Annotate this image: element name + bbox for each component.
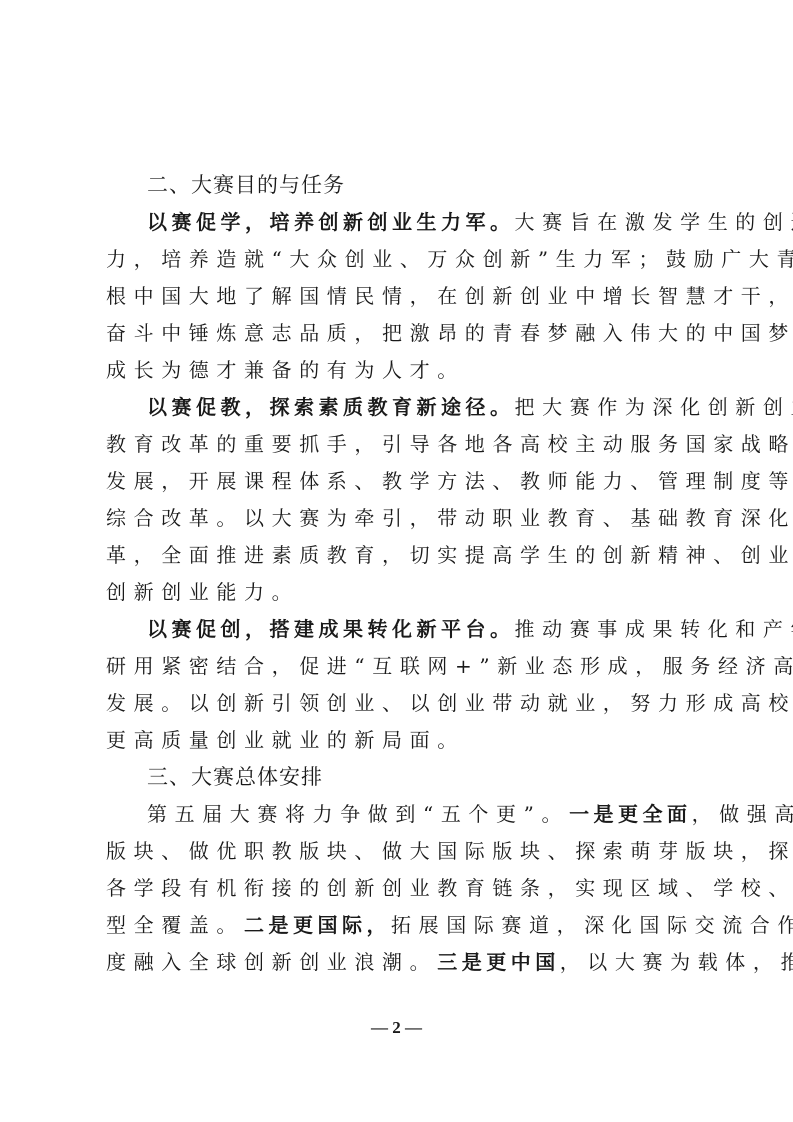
page-number: — 2 — <box>0 1018 793 1038</box>
text: 拓展国际赛道，深化国际交流合作，深 <box>391 913 793 937</box>
bold-phrase: 三是更中国 <box>437 950 560 974</box>
document-page: 二、大赛目的与任务 以赛促学，培养创新创业生力军。大赛旨在激发学生的创造 力，培… <box>106 167 687 981</box>
paragraph-line: 发展。以创新引领创业、以创业带动就业，努力形成高校毕业生 <box>106 685 687 722</box>
paragraph-line: 根中国大地了解国情民情，在创新创业中增长智慧才干，在艰苦 <box>106 278 687 315</box>
bold-lead: 以赛促学，培养创新创业生力军。 <box>147 210 515 234</box>
paragraph-line: 各学段有机衔接的创新创业教育链条，实现区域、学校、学生类 <box>106 870 687 907</box>
bold-phrase: 一是更全面 <box>569 802 692 826</box>
paragraph-line: 版块、做优职教版块、做大国际版块、探索萌芽版块，探索形成 <box>106 833 687 870</box>
bold-phrase: 二是更国际， <box>244 913 391 937</box>
paragraph-line: 综合改革。以大赛为牵引，带动职业教育、基础教育深化教学改 <box>106 500 687 537</box>
paragraph-line: 度融入全球创新创业浪潮。三是更中国，以大赛为载体，推出创 <box>106 944 687 981</box>
paragraph-line: 革，全面推进素质教育，切实提高学生的创新精神、创业意识和 <box>106 537 687 574</box>
paragraph-line: 奋斗中锤炼意志品质，把激昂的青春梦融入伟大的中国梦，努力 <box>106 315 687 352</box>
paragraph-line: 型全覆盖。二是更国际，拓展国际赛道，深化国际交流合作，深 <box>106 907 687 944</box>
paragraph-line: 发展，开展课程体系、教学方法、教师能力、管理制度等方面的 <box>106 463 687 500</box>
text: ，以大赛为载体，推出创 <box>560 950 793 974</box>
paragraph-line: 创新创业能力。 <box>106 574 687 611</box>
text: 度融入全球创新创业浪潮。 <box>106 950 437 974</box>
text: ，做强高教 <box>692 802 793 826</box>
text: 大赛旨在激发学生的创造 <box>515 210 793 234</box>
paragraph-line: 成长为德才兼备的有为人才。 <box>106 352 687 389</box>
text: 把大赛作为深化创新创业 <box>515 395 793 419</box>
section-heading-purpose: 二、大赛目的与任务 <box>106 167 687 204</box>
text: 型全覆盖。 <box>106 913 244 937</box>
paragraph-line: 力，培养造就“大众创业、万众创新”生力军；鼓励广大青年扎 <box>106 241 687 278</box>
text: 第五届大赛将力争做到“五个更”。 <box>147 802 569 826</box>
paragraph-line: 教育改革的重要抓手，引导各地各高校主动服务国家战略和区域 <box>106 426 687 463</box>
paragraph-line: 更高质量创业就业的新局面。 <box>106 722 687 759</box>
paragraph-line: 以赛促学，培养创新创业生力军。大赛旨在激发学生的创造 <box>106 204 687 241</box>
bold-lead: 以赛促教，探索素质教育新途径。 <box>147 395 515 419</box>
paragraph-line: 第五届大赛将力争做到“五个更”。一是更全面，做强高教 <box>106 796 687 833</box>
paragraph-line: 研用紧密结合，促进“互联网+”新业态形成，服务经济高质量 <box>106 648 687 685</box>
bold-lead: 以赛促创，搭建成果转化新平台。 <box>147 617 515 641</box>
paragraph-line: 以赛促创，搭建成果转化新平台。推动赛事成果转化和产学 <box>106 611 687 648</box>
text: 推动赛事成果转化和产学 <box>515 617 793 641</box>
section-heading-arrangement: 三、大赛总体安排 <box>106 759 687 796</box>
paragraph-line: 以赛促教，探索素质教育新途径。把大赛作为深化创新创业 <box>106 389 687 426</box>
